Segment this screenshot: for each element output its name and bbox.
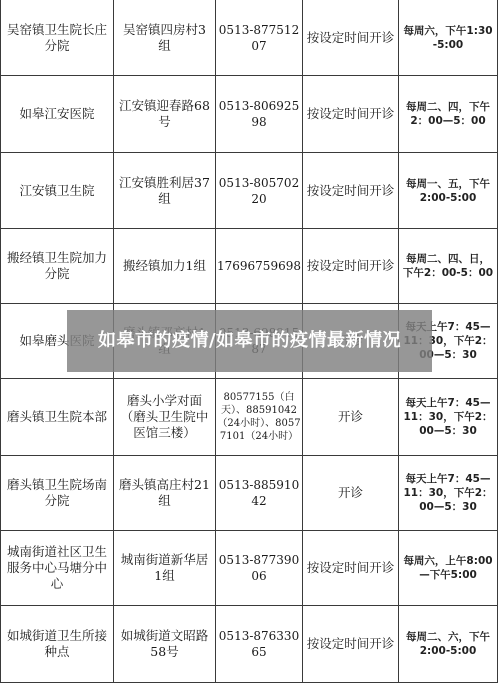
clinic-phone: 0513-88591042: [216, 456, 303, 531]
clinic-address: 搬经镇加力1组: [114, 229, 216, 304]
clinic-name: 吴窑镇卫生院长庄分院: [1, 0, 114, 76]
clinic-phone: 0513-87633065: [216, 606, 303, 683]
clinic-name: 磨头镇卫生院本部: [1, 379, 114, 456]
clinic-phone: 0513-80692598: [216, 76, 303, 153]
clinic-address: 磨头小学对面（磨头卫生院中医馆三楼）: [114, 379, 216, 456]
clinic-name: 磨头镇卫生院场南分院: [1, 456, 114, 531]
clinic-hours: 每周二、四，下午2：00—5：00: [399, 76, 498, 153]
table-row: 如皋江安医院 江安镇迎春路68号 0513-80692598 按设定时间开诊 每…: [1, 76, 498, 153]
table-row: 吴窑镇卫生院长庄分院 吴窑镇四房村3组 0513-87751207 按设定时间开…: [1, 0, 498, 76]
clinic-hours: 每天上午7：45—11：30，下午2：00—5：30: [399, 379, 498, 456]
clinic-hours: 每周六，上午8:00—下午5:00: [399, 531, 498, 606]
clinic-phone: 80577155（白天）、88591042（24小时）、80577101（24小…: [216, 379, 303, 456]
clinic-status: 按设定时间开诊: [303, 76, 399, 153]
clinic-address: 城南街道新华居1组: [114, 531, 216, 606]
table-row: 磨头镇卫生院场南分院 磨头镇高庄村21组 0513-88591042 开诊 每天…: [1, 456, 498, 531]
clinic-phone: 0513-80570220: [216, 153, 303, 229]
table-row: 如城街道卫生所接种点 如城街道文昭路58号 0513-87633065 按设定时…: [1, 606, 498, 683]
clinic-status: 开诊: [303, 456, 399, 531]
clinic-name: 江安镇卫生院: [1, 153, 114, 229]
clinic-address: 磨头镇高庄村21组: [114, 456, 216, 531]
clinic-name: 如城街道卫生所接种点: [1, 606, 114, 683]
clinic-address: 如城街道文昭路58号: [114, 606, 216, 683]
clinic-phone: 0513-87739006: [216, 531, 303, 606]
clinic-status: 按设定时间开诊: [303, 153, 399, 229]
clinic-name: 如皋江安医院: [1, 76, 114, 153]
clinic-status: 按设定时间开诊: [303, 0, 399, 76]
clinic-address: 吴窑镇四房村3组: [114, 0, 216, 76]
table-row: 城南街道社区卫生服务中心马塘分中心 城南街道新华居1组 0513-8773900…: [1, 531, 498, 606]
clinic-hours: 每周一、五，下午2:00-5:00: [399, 153, 498, 229]
clinic-hours: 每周六，下午1:30-5:00: [399, 0, 498, 76]
clinic-name: 搬经镇卫生院加力分院: [1, 229, 114, 304]
clinic-status: 按设定时间开诊: [303, 531, 399, 606]
clinic-hours: 每周二、四、日，下午2：00-5：00: [399, 229, 498, 304]
table-row: 江安镇卫生院 江安镇胜利居37组 0513-80570220 按设定时间开诊 每…: [1, 153, 498, 229]
clinic-name: 城南街道社区卫生服务中心马塘分中心: [1, 531, 114, 606]
table-row: 搬经镇卫生院加力分院 搬经镇加力1组 17696759698 按设定时间开诊 每…: [1, 229, 498, 304]
clinic-status: 按设定时间开诊: [303, 606, 399, 683]
clinic-status: 按设定时间开诊: [303, 229, 399, 304]
title-banner: 如皋市的疫情/如皋市的疫情最新情况: [67, 310, 432, 372]
table-row: 磨头镇卫生院本部 磨头小学对面（磨头卫生院中医馆三楼） 80577155（白天）…: [1, 379, 498, 456]
banner-title: 如皋市的疫情/如皋市的疫情最新情况: [77, 330, 422, 352]
clinic-hours: 每天上午7：45—11：30，下午2：00—5：30: [399, 456, 498, 531]
clinic-status: 开诊: [303, 379, 399, 456]
clinic-phone: 17696759698: [216, 229, 303, 304]
clinic-hours: 每周二、六，下午2:00-5:00: [399, 606, 498, 683]
clinic-address: 江安镇迎春路68号: [114, 76, 216, 153]
clinic-address: 江安镇胜利居37组: [114, 153, 216, 229]
clinic-phone: 0513-87751207: [216, 0, 303, 76]
